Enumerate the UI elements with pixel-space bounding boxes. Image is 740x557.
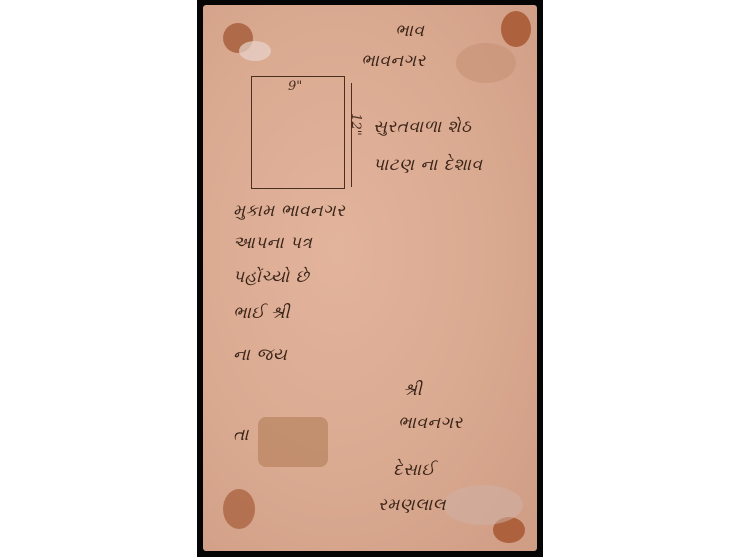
text-line-2: પાટણ ના દેશાવ (373, 155, 482, 175)
stain-top-right-pale (456, 43, 516, 83)
text-line-10: તા (233, 425, 249, 445)
header-line-1: ભાવ (395, 21, 424, 41)
text-line-1: સુરતવાળા શેઠ (373, 117, 471, 137)
stain-top-left-pale (239, 41, 271, 61)
width-dimension-label: 9" (288, 79, 302, 94)
text-line-7: ના જય (233, 345, 287, 365)
stain-mid-left (258, 417, 328, 467)
text-line-8: શ્રી (403, 380, 422, 400)
text-line-5: પહોંચ્યો છે (233, 267, 309, 287)
text-line-6: ભાઈ શ્રી (233, 303, 290, 323)
text-line-9: ભાવનગર (398, 413, 463, 433)
photo-frame: 9" 12" ભાવ ભાવનગર સુરતવાળા શેઠ પાટણ ના દ… (197, 0, 543, 557)
stain-bottom-right-pale (443, 485, 523, 525)
stain-top-right (501, 11, 531, 47)
text-line-3: મુકામ ભાવનગર (233, 201, 345, 221)
text-line-4: આપના પત્ર (233, 233, 312, 253)
text-line-12: રમણલાલ (378, 495, 446, 515)
header-line-2: ભાવનગર (361, 51, 426, 71)
height-dimension-label: 12" (348, 113, 363, 136)
postcard: 9" 12" ભાવ ભાવનગર સુરતવાળા શેઠ પાટણ ના દ… (203, 5, 537, 551)
stain-bottom-left (223, 489, 255, 529)
text-line-11: દેસાઈ (393, 460, 435, 480)
